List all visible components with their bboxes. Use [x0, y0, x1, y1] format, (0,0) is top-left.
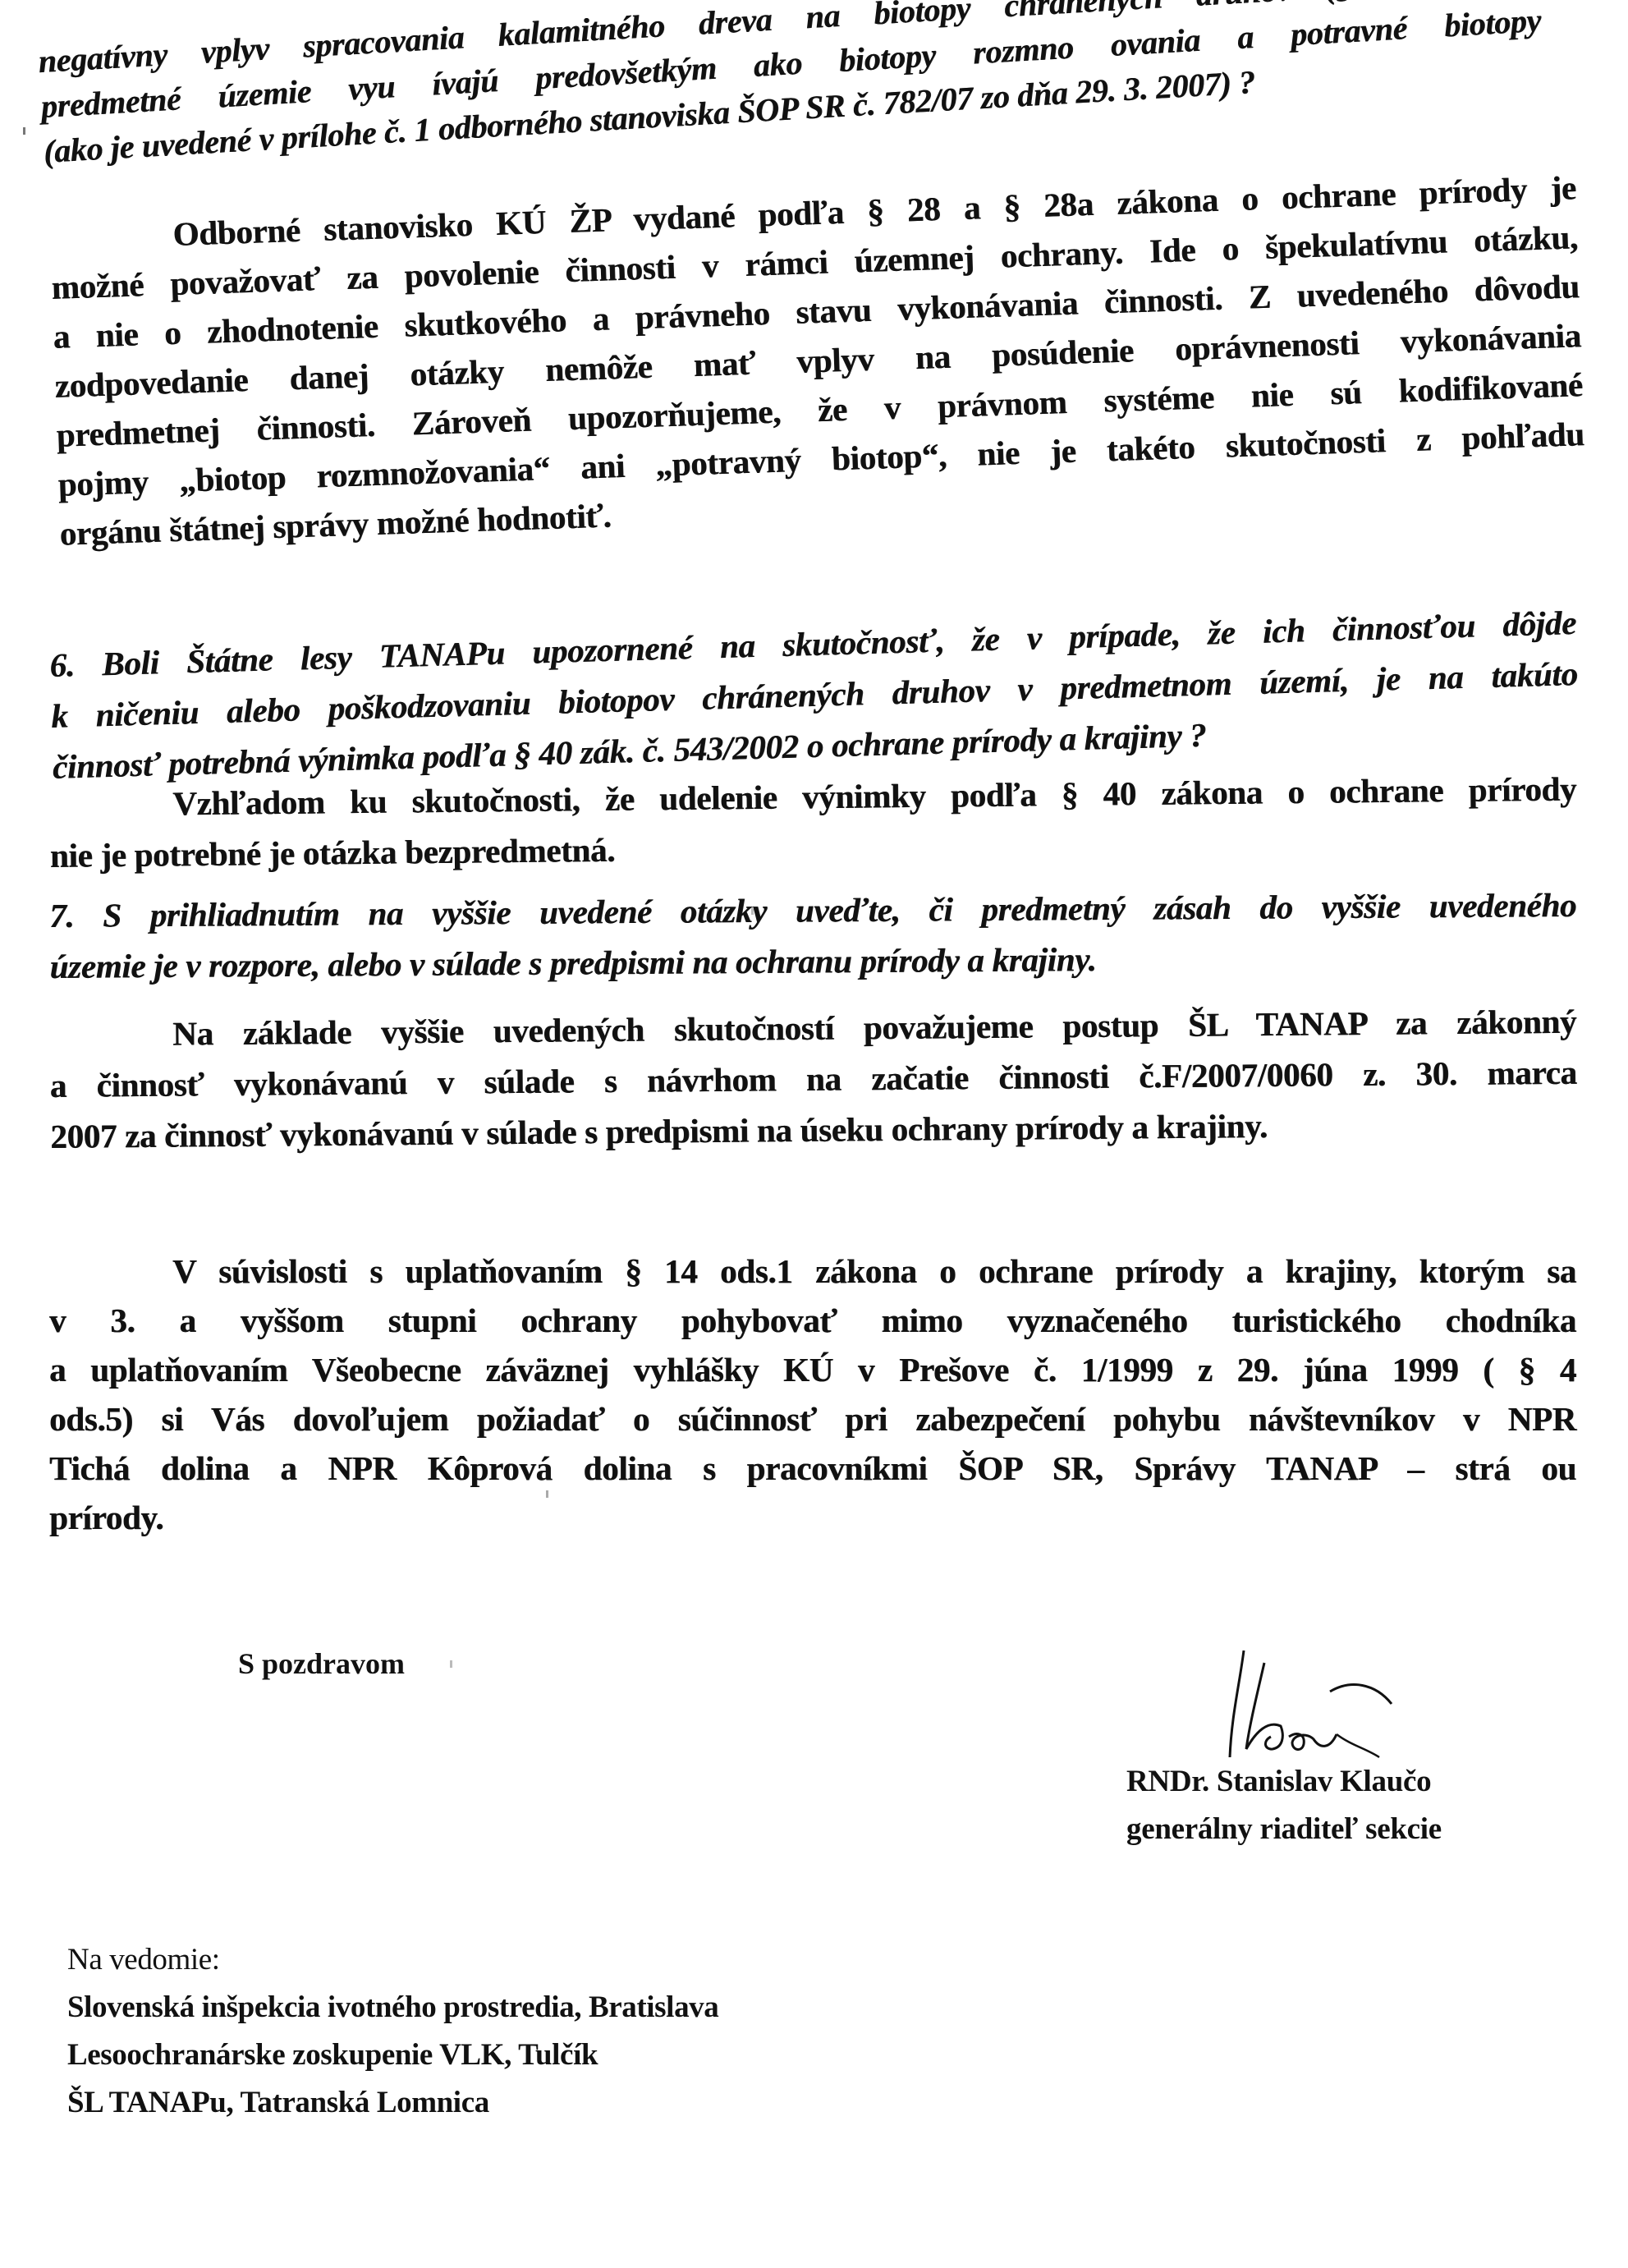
text-line: 2007 za činnosť vykonávanú v súlade s pr… — [50, 1107, 1577, 1171]
signer-name: RNDr. Stanislav Klaučo — [1126, 1764, 1442, 1811]
text-line: prírody. — [49, 1501, 1576, 1550]
signer-block: RNDr. Stanislav Klaučo generálny riadite… — [1126, 1764, 1442, 1859]
question-7: 7. S prihliadnutím na vyššie uvedené otá… — [49, 888, 1577, 1001]
cc-recipient: Lesoochranárske zoskupenie VLK, Tulčík — [67, 2037, 718, 2085]
text-line: V súvislosti s uplatňovaním § 14 ods.1 z… — [49, 1255, 1576, 1304]
text-line: Tichá dolina a NPR Kôprová dolina s prac… — [49, 1452, 1576, 1501]
text-line: územie je v rozpore, alebo v súlade s pr… — [49, 939, 1576, 1001]
cc-list: Na vedomie: Slovenská inšpekcia ivotného… — [67, 1942, 718, 2133]
scan-artifact — [751, 907, 754, 915]
request-paragraph: V súvislosti s uplatňovaním § 14 ods.1 z… — [49, 1255, 1576, 1550]
question-5-continuation: negatívny vplyv spracovania kalamitného … — [38, 0, 1545, 181]
signer-title: generálny riaditeľ sekcie — [1126, 1811, 1442, 1859]
answer-7-paragraph: Na základe vyššie uvedených skutočností … — [49, 1005, 1578, 1171]
cc-label: Na vedomie: — [67, 1942, 718, 1990]
signature-icon — [1207, 1634, 1478, 1765]
scan-artifact — [23, 127, 25, 135]
cc-recipient: Slovenská inšpekcia ivotného prostredia,… — [67, 1990, 718, 2037]
scanned-letter-page: negatívny vplyv spracovania kalamitného … — [0, 0, 1628, 2268]
text-line: ods.5) si Vás dovoľujem požiadať o súčin… — [49, 1403, 1576, 1452]
text-line: a uplatňovaním Všeobecne záväznej vyhláš… — [49, 1353, 1576, 1403]
scan-artifact — [546, 1490, 548, 1498]
answer-5-paragraph: Odborné stanovisko KÚ ŽP vydané podľa § … — [49, 171, 1587, 566]
text-line: v 3. a vyššom stupni ochrany pohybovať m… — [49, 1304, 1576, 1353]
closing-salutation: S pozdravom — [238, 1646, 405, 1681]
cc-recipient: ŠL TANAPu, Tatranská Lomnica — [67, 2085, 718, 2133]
scan-artifact — [450, 1660, 452, 1668]
answer-6-paragraph: Vzhľadom ku skutočnosti, že udelenie výn… — [49, 773, 1577, 890]
